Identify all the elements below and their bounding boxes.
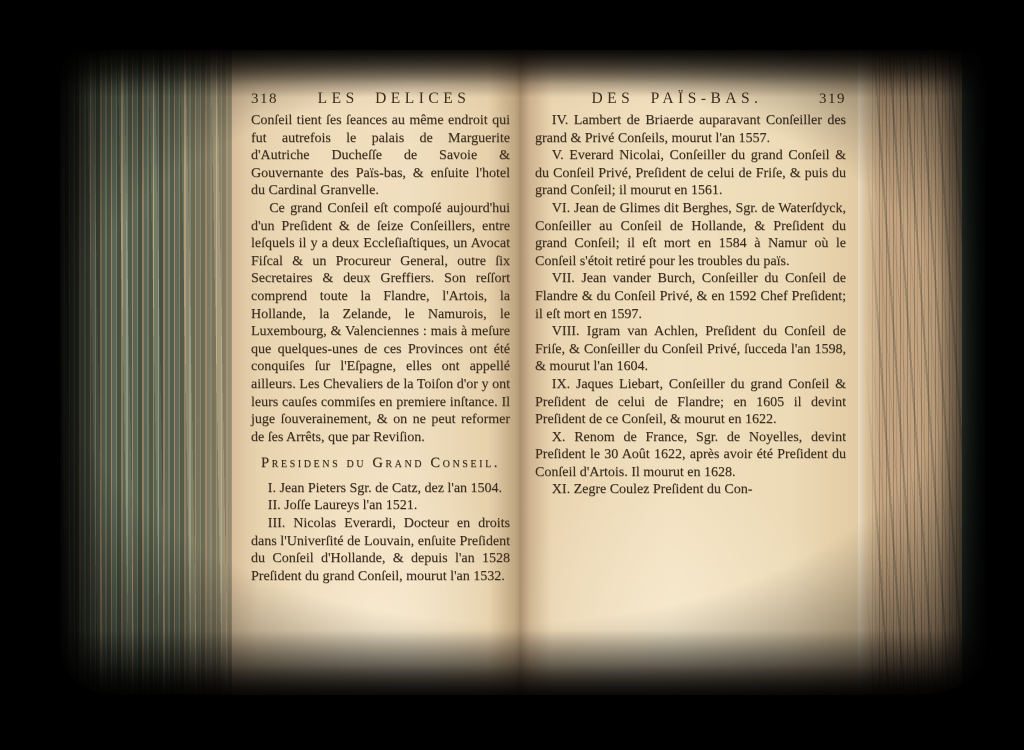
left-paragraph: Conſeil tient ſes ſeances au même endroi… [251,112,510,200]
right-running-title: DES PAÏS-BAS. [535,90,819,108]
left-fore-edge-marbled-pages [60,50,232,695]
left-paragraph: Ce grand Conſeil eſt compoſé aujourd'hui… [251,200,510,446]
book-photograph: 318 LES DELICES Conſeil tient ſes ſeance… [0,0,1024,750]
right-running-head: DES PAÏS-BAS. 319 [535,90,846,108]
president-entry: VI. Jean de Glimes dit Berghes, Sgr. de … [535,200,846,270]
book-cover-edge [962,50,985,695]
president-entry: I. Jean Pieters Sgr. de Catz, dez l'an 1… [251,480,510,498]
open-book: 318 LES DELICES Conſeil tient ſes ſeance… [60,50,985,695]
left-running-title: LES DELICES [278,90,510,108]
president-entry: IV. Lambert de Briaerde auparavant Conſe… [535,112,846,147]
right-page: DES PAÏS-BAS. 319 IV. Lambert de Briaerd… [519,50,858,695]
president-entry: V. Everard Nicolai, Conſeiller du grand … [535,147,846,200]
president-entry: VII. Jean vander Burch, Conſeiller du Co… [535,270,846,323]
president-entry: X. Renom de France, Sgr. de Noyelles, de… [535,429,846,482]
left-page: 318 LES DELICES Conſeil tient ſes ſeance… [232,50,519,695]
president-entry: XI. Zegre Coulez Preſident du Con- [535,481,846,499]
section-heading-presidens: Presidens du Grand Conseil. [251,455,510,473]
president-entry: VIII. Igram van Achlen, Preſident du Con… [535,323,846,376]
president-entry: III. Nicolas Everardi, Docteur en droits… [251,515,510,585]
president-entry: IX. Jaques Liebart, Conſeiller du grand … [535,376,846,429]
president-entry: II. Joſſe Laureys l'an 1521. [251,497,510,515]
left-page-number: 318 [251,91,278,108]
right-fore-edge-pages [858,50,962,695]
right-page-number: 319 [819,91,846,108]
left-running-head: 318 LES DELICES [251,90,510,108]
